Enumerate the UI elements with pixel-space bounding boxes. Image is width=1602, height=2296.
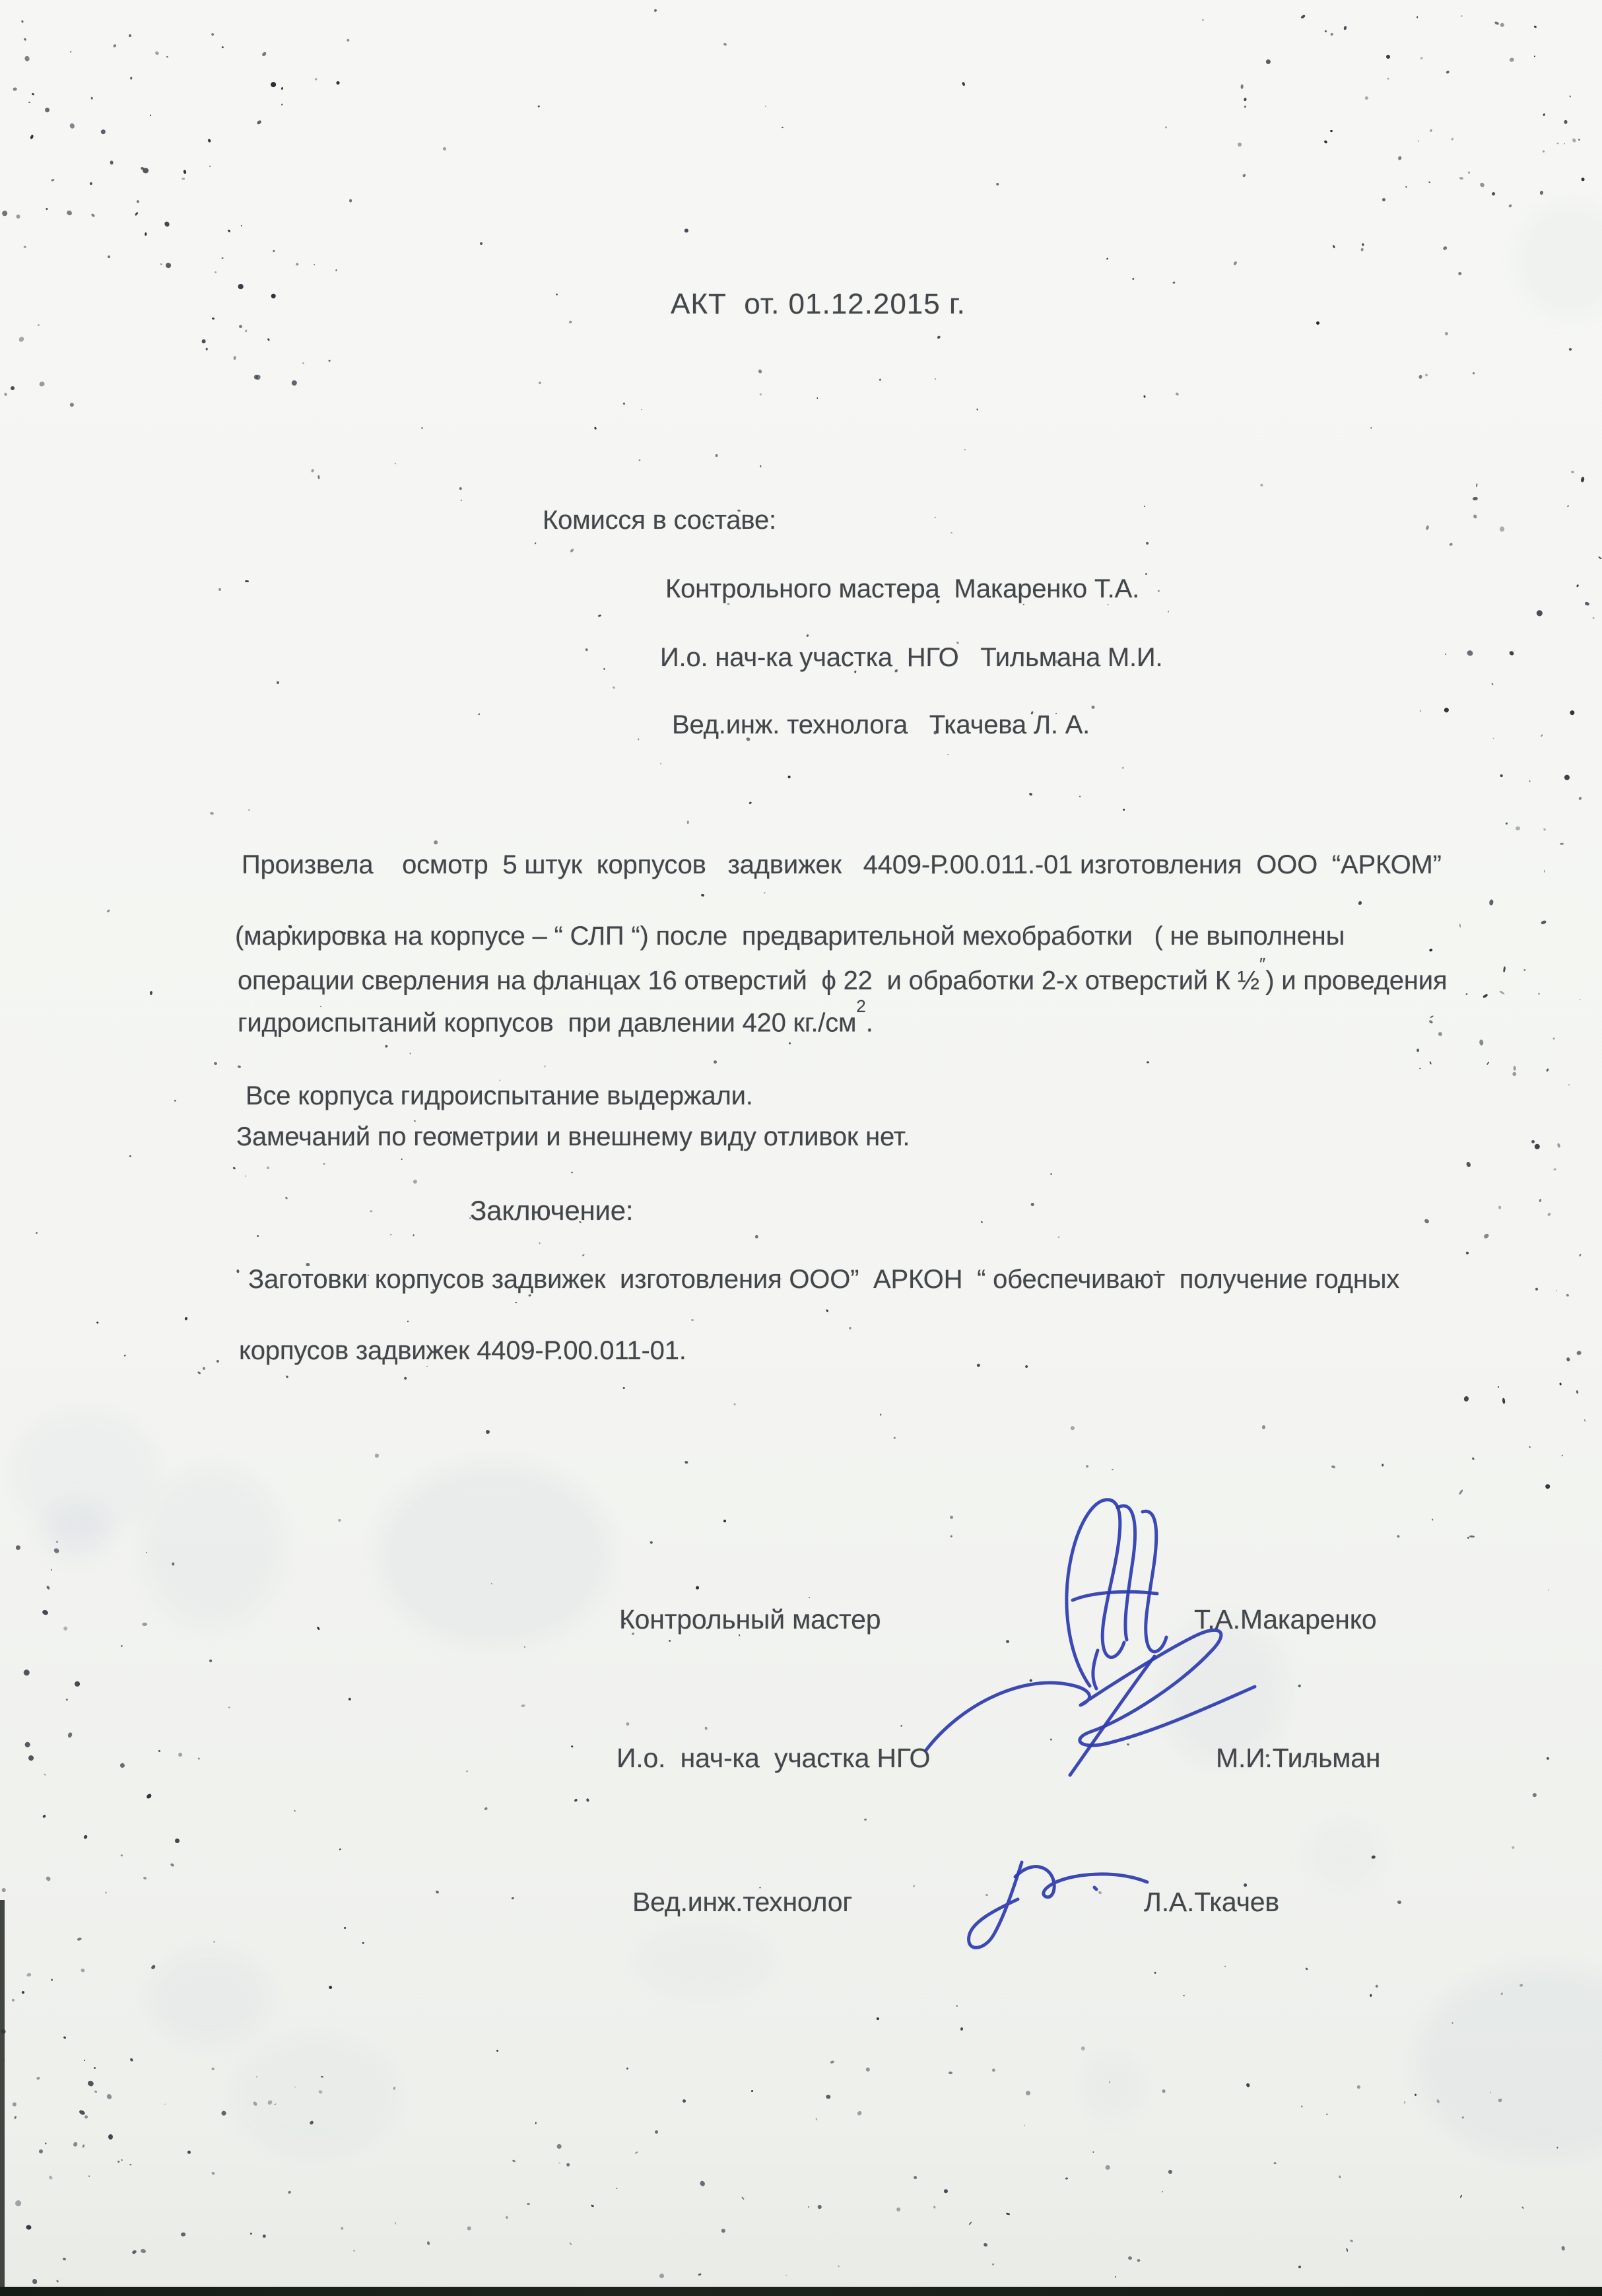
conclusion-heading: Заключение: bbox=[470, 1195, 633, 1227]
body-line-3-tail: ) и проведения bbox=[1265, 966, 1447, 995]
commission-member-1: Контрольного мастера Макаренко Т.А. bbox=[665, 574, 1139, 604]
commission-member-2: И.о. нач-ка участка НГО Тильмана М.И. bbox=[660, 643, 1162, 673]
tilman-signature-scribble bbox=[914, 1621, 1264, 1779]
geometry-remarks-line: Замечаний по геометрии и внешнему виду о… bbox=[236, 1122, 910, 1152]
body-line-2: (маркировка на корпусе – “ СЛП “) после … bbox=[235, 922, 1345, 951]
signature-name-tkachev: Л.А.Ткачев bbox=[1144, 1887, 1279, 1918]
signature-role-acting-section-chief: И.о. нач-ка участка НГО bbox=[617, 1743, 930, 1774]
commission-heading: Комисся в составе: bbox=[543, 506, 776, 535]
body-line-3: операции сверления на фланцах 16 отверст… bbox=[238, 964, 1447, 996]
scanned-document-page: АКТ от. 01.12.2015 г. Комисся в составе:… bbox=[0, 0, 1602, 2296]
signature-role-controlling-master: Контрольный мастер bbox=[619, 1604, 881, 1635]
body-line-4-tail: . bbox=[866, 1008, 873, 1037]
body-line-4: гидроиспытаний корпусов при давлении 420… bbox=[238, 1006, 873, 1038]
hydro-test-result-line: Все корпуса гидроиспытание выдержали. bbox=[246, 1081, 753, 1111]
scan-edge-left bbox=[0, 1900, 5, 2296]
act-title: АКТ от. 01.12.2015 г. bbox=[671, 288, 966, 321]
body-line-4-text: гидроиспытаний корпусов при давлении 420… bbox=[238, 1008, 856, 1037]
scan-edge-bottom bbox=[0, 2287, 1602, 2296]
body-line-1: Произвела осмотр 5 штук корпусов задвиже… bbox=[242, 850, 1442, 880]
conclusion-line-1: Заготовки корпусов задвижек изготовления… bbox=[248, 1265, 1399, 1295]
squared-superscript: 2 bbox=[856, 996, 865, 1016]
tkachev-signature-scribble bbox=[937, 1858, 1155, 1951]
conclusion-line-2: корпусов задвижек 4409-Р.00.011-01. bbox=[239, 1336, 686, 1366]
signature-role-lead-engineer: Вед.инж.технолог bbox=[632, 1887, 852, 1918]
commission-member-3: Вед.инж. технолога Ткачева Л. А. bbox=[672, 710, 1090, 740]
inch-mark-superscript: ″ bbox=[1259, 954, 1265, 974]
body-line-3-text: операции сверления на фланцах 16 отверст… bbox=[238, 966, 1259, 995]
